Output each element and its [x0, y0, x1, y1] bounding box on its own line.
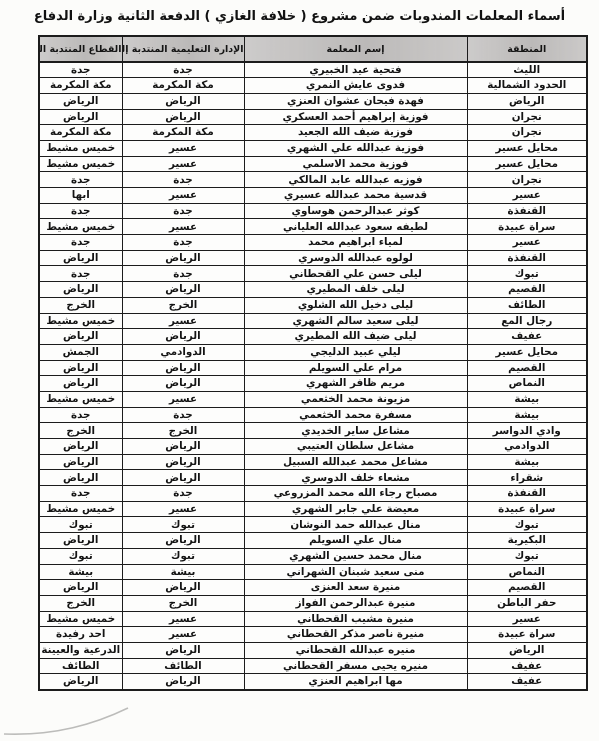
table-cell: لطيفه سعود عبدالله العلياني [244, 219, 467, 235]
table-row: محايل عسيرفوزية عبدالله علي الشهريعسيرخم… [39, 140, 587, 156]
table-cell: منى سعيد شبنان الشهراني [244, 564, 467, 580]
table-row: عفيفليلى ضيف الله المطيريالرياضالرياض [39, 329, 587, 345]
table-cell: جدة [39, 62, 122, 78]
table-cell: الرياض [39, 93, 122, 109]
table-cell: منيرة مشيب القحطاني [244, 611, 467, 627]
table-cell: الدوادمي [122, 344, 244, 360]
table-cell: قدسية محمد عبدالله عسيري [244, 188, 467, 204]
table-cell: جدة [39, 172, 122, 188]
table-cell: الخرج [39, 595, 122, 611]
table-cell: الرياض [39, 250, 122, 266]
table-row: نجرانفوزية إبراهيم أحمد العسكريالرياضالر… [39, 109, 587, 125]
table-cell: عفيف [467, 674, 587, 690]
table-cell: جدة [122, 486, 244, 502]
table-cell: القصيم [467, 282, 587, 298]
table-cell: محايل عسير [467, 140, 587, 156]
table-cell: عسير [467, 611, 587, 627]
table-cell: عسير [467, 188, 587, 204]
table-cell: منال محمد حسين الشهري [244, 548, 467, 564]
table-cell: الدوادمي [467, 439, 587, 455]
table-cell: عسير [122, 156, 244, 172]
table-cell: ليلى ضيف الله المطيري [244, 329, 467, 345]
table-cell: عسير [122, 627, 244, 643]
table-cell: معيضة علي جابر الشهري [244, 501, 467, 517]
table-cell: مكة المكرمة [39, 125, 122, 141]
table-cell: جدة [39, 203, 122, 219]
table-cell: الرياض [122, 329, 244, 345]
table-cell: خميس مشيط [39, 313, 122, 329]
table-cell: تبوك [122, 548, 244, 564]
table-cell: الرياض [122, 109, 244, 125]
table-cell: تبوك [122, 517, 244, 533]
table-row: القصيمليلى خلف المطيريالرياضالرياض [39, 282, 587, 298]
table-cell: عفيف [467, 329, 587, 345]
table-cell: الرياض [122, 439, 244, 455]
table-row: القنفذةكوثر عبدالرحمن هوساويجدةجدة [39, 203, 587, 219]
table-cell: الرياض [122, 642, 244, 658]
table-cell: منيره يحيى مسفر القحطاني [244, 658, 467, 674]
table-cell: الرياض [39, 282, 122, 298]
table-cell: الرياض [122, 470, 244, 486]
table-cell: فوزية ضيف الله الجعيد [244, 125, 467, 141]
table-cell: تبوك [39, 517, 122, 533]
table-cell: الخرج [122, 297, 244, 313]
table-cell: الرياض [467, 642, 587, 658]
table-cell: الرياض [122, 250, 244, 266]
table-cell: الرياض [39, 454, 122, 470]
table-cell: مسفرة محمد الخثعمي [244, 407, 467, 423]
table-cell: عسير [467, 235, 587, 251]
page-title: أسماء المعلمات المندوبات ضمن مشروع ( خلا… [0, 0, 599, 24]
table-cell: بيشة [122, 564, 244, 580]
table-cell: الرياض [122, 580, 244, 596]
table-row: الحدود الشماليةفدوى عايش النمريمكة المكر… [39, 78, 587, 94]
table-row: القصيممرام علي السويلمالرياضالرياض [39, 360, 587, 376]
table-cell: جدة [122, 266, 244, 282]
table-cell: الطائف [467, 297, 587, 313]
table-cell: لمياء ابراهيم محمد [244, 235, 467, 251]
table-cell: فوزية عبدالله علي الشهري [244, 140, 467, 156]
table-cell: عسير [122, 140, 244, 156]
table-cell: عسير [122, 313, 244, 329]
table-row: القنفذةلولوه عبدالله الدوسريالرياضالرياض [39, 250, 587, 266]
table-cell: جدة [122, 235, 244, 251]
table-row: الطائفليلى دخيل الله الشلويالخرجالخرج [39, 297, 587, 313]
scan-pen-mark [0, 696, 130, 741]
table-cell: تبوك [39, 548, 122, 564]
table-header-row: المنطقة إسم المعلمة الإدارة التعليمية ال… [39, 36, 587, 62]
table-cell: فوزيه عبدالله عابد المالكي [244, 172, 467, 188]
table-cell: القنفذة [467, 486, 587, 502]
table-cell: مريم ظافر الشهري [244, 376, 467, 392]
table-cell: تبوك [467, 517, 587, 533]
column-header-teacher-name: إسم المعلمة [244, 36, 467, 62]
table-row: سراة عبيدةمعيضة علي جابر الشهريعسيرخميس … [39, 501, 587, 517]
table-cell: رجال المع [467, 313, 587, 329]
table-cell: كوثر عبدالرحمن هوساوي [244, 203, 467, 219]
table-cell: عسير [122, 611, 244, 627]
table-cell: مها ابراهيم العنزي [244, 674, 467, 690]
table-cell: لولوه عبدالله الدوسري [244, 250, 467, 266]
table-row: الليثفتحية عيد الخبيريجدةجدة [39, 62, 587, 78]
table-cell: جدة [122, 203, 244, 219]
table-cell: الليث [467, 62, 587, 78]
table-cell: الرياض [39, 376, 122, 392]
table-cell: جدة [39, 266, 122, 282]
table-cell: مكة المكرمة [122, 125, 244, 141]
table-cell: نجران [467, 125, 587, 141]
table-cell: ليلى خلف المطيري [244, 282, 467, 298]
table-cell: الرياض [39, 580, 122, 596]
table-cell: البكيرية [467, 533, 587, 549]
table-cell: النماص [467, 376, 587, 392]
table-cell: مشاعل ساير الخديدي [244, 423, 467, 439]
table-cell: منال عبدالله حمد النوشان [244, 517, 467, 533]
table-row: نجرانفوزيه عبدالله عابد المالكيجدةجدة [39, 172, 587, 188]
table-cell: الرياض [39, 329, 122, 345]
table-cell: محايل عسير [467, 156, 587, 172]
table-row: الرياضمنيره عبدالله القحطانيالرياضالدرعي… [39, 642, 587, 658]
table-cell: منال علي السويلم [244, 533, 467, 549]
table-cell: سراة عبيدة [467, 627, 587, 643]
table-cell: النماص [467, 564, 587, 580]
table-cell: عسير [122, 188, 244, 204]
table-cell: ليلى حسن علي القحطاني [244, 266, 467, 282]
table-cell: الخرج [39, 297, 122, 313]
table-cell: عسير [122, 391, 244, 407]
table-cell: مصباح رجاء الله محمد المزروعي [244, 486, 467, 502]
table-cell: جدة [122, 172, 244, 188]
table-cell: خميس مشيط [39, 140, 122, 156]
table-cell: سراة عبيدة [467, 219, 587, 235]
table-cell: جدة [39, 235, 122, 251]
table-row: نجرانفوزية ضيف الله الجعيدمكة المكرمةمكة… [39, 125, 587, 141]
table-row: عفيفمنيره يحيى مسفر القحطانيالطائفالطائف [39, 658, 587, 674]
table-cell: مكة المكرمة [39, 78, 122, 94]
column-header-education-admin: الإدارة التعليمية المنتدبة إليها [122, 36, 244, 62]
table-cell: مكة المكرمة [122, 78, 244, 94]
table-row: تبوكليلى حسن علي القحطانيجدةجدة [39, 266, 587, 282]
table-cell: جدة [39, 486, 122, 502]
table-cell: حفر الباطن [467, 595, 587, 611]
table-cell: القصيم [467, 580, 587, 596]
table-row: سراة عبيدةمنيرة ناصر مذكر القحطانيعسيراح… [39, 627, 587, 643]
table-row: القصيممنيرة سعد العنزىالرياضالرياض [39, 580, 587, 596]
table-cell: ليلى دخيل الله الشلوي [244, 297, 467, 313]
table-row: سراة عبيدةلطيفه سعود عبدالله العليانيعسي… [39, 219, 587, 235]
table-cell: الرياض [122, 282, 244, 298]
table-row: البكيريةمنال علي السويلمالرياضالرياض [39, 533, 587, 549]
table-row: عسيرلمياء ابراهيم محمدجدةجدة [39, 235, 587, 251]
table-cell: مشاعل سلطان العتيبي [244, 439, 467, 455]
table-row: محايل عسيرفوزية محمد الاسلميعسيرخميس مشي… [39, 156, 587, 172]
table-cell: الرياض [122, 376, 244, 392]
table-cell: فدوى عايش النمري [244, 78, 467, 94]
table-cell: الرياض [39, 674, 122, 690]
table-cell: ليلي عبيد الدليجي [244, 344, 467, 360]
table-cell: ليلى سعيد سالم الشهري [244, 313, 467, 329]
table-cell: خميس مشيط [39, 156, 122, 172]
table-cell: الرياض [39, 109, 122, 125]
table-cell: الطائف [122, 658, 244, 674]
table-cell: ابها [39, 188, 122, 204]
table-row: الدوادميمشاعل سلطان العتيبيالرياضالرياض [39, 439, 587, 455]
table-cell: الحدود الشمالية [467, 78, 587, 94]
table-body: الليثفتحية عيد الخبيريجدةجدةالحدود الشما… [39, 62, 587, 690]
table-cell: الخرج [39, 423, 122, 439]
table-cell: الرياض [39, 470, 122, 486]
table-cell: تبوك [467, 548, 587, 564]
table-row: تبوكمنال محمد حسين الشهريتبوكتبوك [39, 548, 587, 564]
table-cell: منيرة ناصر مذكر القحطاني [244, 627, 467, 643]
table-cell: الطائف [39, 658, 122, 674]
table-cell: القنفذة [467, 203, 587, 219]
table-cell: بيشة [467, 454, 587, 470]
table-cell: الرياض [122, 533, 244, 549]
table-row: عفيفمها ابراهيم العنزيالرياضالرياض [39, 674, 587, 690]
table-cell: احد رفيدة [39, 627, 122, 643]
table-cell: الدرعية والعيينة [39, 642, 122, 658]
table-cell: خميس مشيط [39, 611, 122, 627]
table-cell: تبوك [467, 266, 587, 282]
table-cell: القصيم [467, 360, 587, 376]
table-row: عسيرمنيرة مشيب القحطانيعسيرخميس مشيط [39, 611, 587, 627]
table-cell: الخرج [122, 423, 244, 439]
table-cell: مرام علي السويلم [244, 360, 467, 376]
table-row: بيشةمشاعل محمد عبدالله السبيلالرياضالريا… [39, 454, 587, 470]
table-row: النماصمنى سعيد شبنان الشهرانيبيشةبيشة [39, 564, 587, 580]
table-cell: بيشة [467, 407, 587, 423]
table-cell: مزيونة محمد الخثعمي [244, 391, 467, 407]
table-cell: القنفذة [467, 250, 587, 266]
table-cell: عسير [122, 501, 244, 517]
table-cell: جدة [122, 62, 244, 78]
table-cell: جدة [39, 407, 122, 423]
delegated-teachers-table: المنطقة إسم المعلمة الإدارة التعليمية ال… [38, 35, 588, 691]
table-cell: نجران [467, 172, 587, 188]
table-cell: الرياض [122, 93, 244, 109]
table-cell: شقراء [467, 470, 587, 486]
table-row: محايل عسيرليلي عبيد الدليجيالدوادميالجمش [39, 344, 587, 360]
table-cell: خميس مشيط [39, 219, 122, 235]
table-cell: عفيف [467, 658, 587, 674]
table-cell: بيشة [39, 564, 122, 580]
table-cell: الرياض [39, 533, 122, 549]
table-cell: سراة عبيدة [467, 501, 587, 517]
table-row: القنفذةمصباح رجاء الله محمد المزروعيجدةج… [39, 486, 587, 502]
table-row: الرياضفهدة فيحان عشوان العنزيالرياضالريا… [39, 93, 587, 109]
table-cell: الرياض [122, 674, 244, 690]
table-cell: منيرة عبدالرحمن الفواز [244, 595, 467, 611]
table-row: بيشةمزيونة محمد الخثعميعسيرخميس مشيط [39, 391, 587, 407]
table-row: رجال المعليلى سعيد سالم الشهريعسيرخميس م… [39, 313, 587, 329]
table-cell: عسير [122, 219, 244, 235]
table-cell: الرياض [122, 360, 244, 376]
table-cell: جدة [122, 407, 244, 423]
table-cell: الرياض [122, 454, 244, 470]
table-cell: فوزية إبراهيم أحمد العسكري [244, 109, 467, 125]
table-cell: الخرج [122, 595, 244, 611]
table-cell: فوزية محمد الاسلمي [244, 156, 467, 172]
table-cell: منيرة سعد العنزى [244, 580, 467, 596]
table-row: شقراءمشعاء خلف الدوسريالرياضالرياض [39, 470, 587, 486]
table-cell: بيشة [467, 391, 587, 407]
table-cell: وادي الدواسر [467, 423, 587, 439]
column-header-sector: القطاع المنتدبة اليه [39, 36, 122, 62]
table-cell: محايل عسير [467, 344, 587, 360]
table-row: وادي الدواسرمشاعل ساير الخديديالخرجالخرج [39, 423, 587, 439]
table-cell: الرياض [467, 93, 587, 109]
table-cell: فتحية عيد الخبيري [244, 62, 467, 78]
table-cell: منيره عبدالله القحطاني [244, 642, 467, 658]
table-row: بيشةمسفرة محمد الخثعميجدةجدة [39, 407, 587, 423]
table-cell: مشاعل محمد عبدالله السبيل [244, 454, 467, 470]
table-cell: نجران [467, 109, 587, 125]
table-cell: الرياض [39, 360, 122, 376]
document-page: أسماء المعلمات المندوبات ضمن مشروع ( خلا… [0, 0, 599, 741]
table-cell: مشعاء خلف الدوسري [244, 470, 467, 486]
table-cell: فهدة فيحان عشوان العنزي [244, 93, 467, 109]
table-row: عسيرقدسية محمد عبدالله عسيريعسيرابها [39, 188, 587, 204]
table-row: النماصمريم ظافر الشهريالرياضالرياض [39, 376, 587, 392]
table-cell: الرياض [39, 439, 122, 455]
table-cell: الجمش [39, 344, 122, 360]
table-row: حفر الباطنمنيرة عبدالرحمن الفوازالخرجالخ… [39, 595, 587, 611]
column-header-region: المنطقة [467, 36, 587, 62]
table-cell: خميس مشيط [39, 391, 122, 407]
table-cell: خميس مشيط [39, 501, 122, 517]
table-row: تبوكمنال عبدالله حمد النوشانتبوكتبوك [39, 517, 587, 533]
